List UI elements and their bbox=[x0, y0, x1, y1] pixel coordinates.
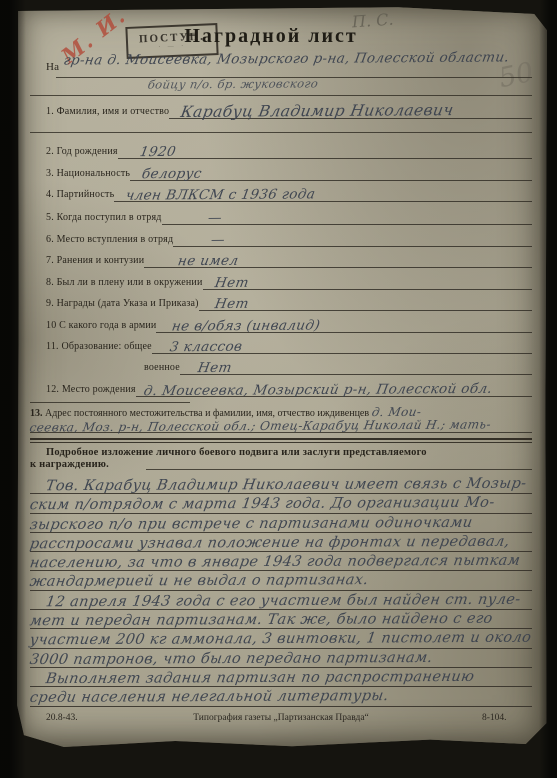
field-education-general-row: 11. Образование: общее 3 классов bbox=[46, 336, 532, 354]
field-value: — bbox=[210, 232, 227, 248]
field-value: 3 классов bbox=[168, 339, 243, 356]
footer-date: 20.8-43. bbox=[46, 713, 78, 723]
field-label: 13. Адрес постоянного местожительства и … bbox=[30, 408, 369, 419]
citation-line: участием 200 кг аммонала, 3 винтовки, 1 … bbox=[30, 629, 532, 648]
field-label: 10 С какого года в армии bbox=[46, 320, 156, 333]
field-rule: член ВЛКСМ с 1936 года bbox=[114, 184, 532, 202]
field-birthplace-row: 12. Место рождения д. Моисеевка, Мозырск… bbox=[46, 379, 532, 397]
citation-line: расспросами узнавал положение на фронтах… bbox=[30, 533, 532, 552]
field-rule: Карабуц Владимир Николаевич bbox=[169, 101, 532, 119]
award-sheet-document: М. И. ПОСТУП. · — · Наградной лист П. С.… bbox=[16, 5, 547, 750]
field-label: 3. Национальность bbox=[46, 168, 130, 181]
field-rule: белорус bbox=[130, 163, 532, 181]
citation-line: населению, за что в январе 1943 года под… bbox=[30, 552, 532, 571]
addressee-prefix: На bbox=[46, 61, 59, 73]
citation-line: 12 апреля 1943 года с его участием был н… bbox=[30, 591, 532, 610]
field-value: Нет bbox=[213, 275, 250, 291]
field-label: 11. Образование: общее bbox=[46, 341, 152, 354]
citation-line: среди населения нелегальной литературы. bbox=[30, 687, 532, 706]
field-value: д. Моисеевка, Мозырский р-н, Полесской о… bbox=[142, 381, 493, 399]
field-rule: не имел bbox=[144, 250, 532, 268]
citation-line: Тов. Карабуц Владимир Николаевич имеет с… bbox=[30, 475, 532, 494]
field-value: — bbox=[206, 210, 223, 226]
ruled-line bbox=[146, 469, 532, 470]
citation-line: Выполняет задания партизан по распростра… bbox=[30, 668, 532, 687]
field-wounds-row: 7. Ранения и контузии не имел bbox=[46, 250, 532, 268]
field-label: 7. Ранения и контузии bbox=[46, 255, 144, 268]
addressee-line-1: гр-на д. Моисеевка, Мозырского р-на, Пол… bbox=[62, 49, 510, 68]
page-title: Наградной лист bbox=[156, 25, 386, 48]
ruled-line bbox=[30, 132, 532, 133]
field-rule: Нет bbox=[199, 293, 532, 311]
field-label: 9. Награды (дата Указа и Приказа) bbox=[46, 298, 199, 311]
citation-line: 3000 патронов, что было передано партиза… bbox=[30, 649, 532, 668]
field-party-row: 4. Партийность член ВЛКСМ с 1936 года bbox=[46, 184, 532, 202]
field-value: не имел bbox=[177, 253, 240, 269]
field-value: не в/обяз (инвалид) bbox=[171, 317, 322, 334]
field-name-row: 1. Фамилия, имя и отчество Карабуц Влади… bbox=[46, 101, 532, 119]
field-label: 2. Год рождения bbox=[46, 146, 118, 159]
section-divider bbox=[30, 438, 532, 443]
field-rule: — bbox=[162, 207, 532, 225]
field-value: 1920 bbox=[138, 144, 177, 160]
field-rule: не в/обяз (инвалид) bbox=[156, 315, 532, 333]
field-value: Карабуц Владимир Николаевич bbox=[180, 101, 456, 121]
pencil-annotation: П. С. bbox=[351, 10, 394, 32]
field-value-part2-line: сеевка, Моз. р-н, Полесской обл.; Отец-К… bbox=[30, 419, 532, 433]
field-rule: Нет bbox=[203, 272, 532, 290]
field-captivity-row: 8. Был ли в плену или в окружении Нет bbox=[46, 272, 532, 290]
field-label: 5. Когда поступил в отряд bbox=[46, 212, 162, 225]
field-label: 6. Место вступления в отряд bbox=[46, 234, 173, 247]
field-label: военное bbox=[144, 362, 180, 375]
field-value: Нет bbox=[197, 360, 234, 376]
scan-background: М. И. ПОСТУП. · — · Наградной лист П. С.… bbox=[0, 0, 557, 778]
field-joined-when-row: 5. Когда поступил в отряд — bbox=[46, 207, 532, 225]
field-label: 12. Место рождения bbox=[46, 384, 136, 397]
field-label: 8. Был ли в плену или в окружении bbox=[46, 277, 203, 290]
field-joined-where-row: 6. Место вступления в отряд — bbox=[46, 229, 532, 247]
ruled-line bbox=[30, 402, 190, 403]
field-label: 1. Фамилия, имя и отчество bbox=[46, 106, 169, 119]
field-rule: — bbox=[173, 229, 532, 247]
footer-printer: Типография газеты „Партизанская Правда“ bbox=[126, 713, 436, 723]
field-rule: Нет bbox=[180, 357, 532, 375]
field-army-since-row: 10 С какого года в армии не в/обяз (инва… bbox=[46, 315, 532, 333]
citation-text: Тов. Карабуц Владимир Николаевич имеет с… bbox=[30, 475, 532, 707]
ruled-line bbox=[30, 95, 532, 96]
citation-line: жандармерией и не выдал о партизанах. bbox=[30, 571, 532, 590]
field-value: белорус bbox=[141, 166, 204, 182]
field-rule: 1920 bbox=[118, 141, 532, 159]
field-rule: 3 классов bbox=[152, 336, 532, 354]
field-awards-row: 9. Награды (дата Указа и Приказа) Нет bbox=[46, 293, 532, 311]
field-birth-year-row: 2. Год рождения 1920 bbox=[46, 141, 532, 159]
section-header-line1: Подробное изложение личного боевого подв… bbox=[46, 447, 427, 458]
citation-line: ским п/отрядом с марта 1943 года. До орг… bbox=[30, 494, 532, 513]
field-value: член ВЛКСМ с 1936 года bbox=[125, 186, 317, 203]
field-address-row: 13. Адрес постоянного местожительства и … bbox=[30, 405, 532, 433]
addressee-line-2: бойцу п/о. бр. жуковского bbox=[147, 76, 320, 91]
citation-line: зырского п/о при встрече с партизанами о… bbox=[30, 514, 532, 533]
field-education-military-row: военное Нет bbox=[46, 357, 532, 375]
field-label: 4. Партийность bbox=[46, 189, 114, 202]
footer-code: 8-104. bbox=[482, 713, 507, 723]
section-header-line2: к награждению. bbox=[30, 459, 109, 470]
field-value: Нет bbox=[213, 296, 250, 312]
field-rule: д. Моисеевка, Мозырский р-н, Полесской о… bbox=[136, 379, 532, 397]
citation-line: мет и передан партизанам. Так же, было н… bbox=[30, 610, 532, 629]
field-nationality-row: 3. Национальность белорус bbox=[46, 163, 532, 181]
